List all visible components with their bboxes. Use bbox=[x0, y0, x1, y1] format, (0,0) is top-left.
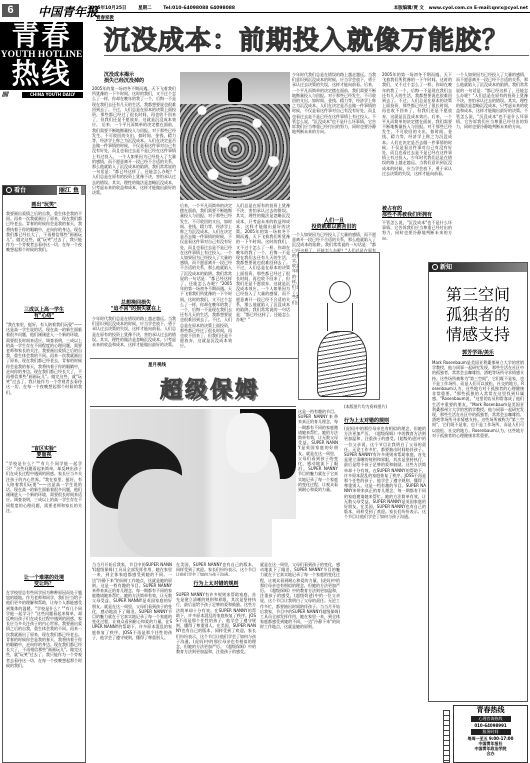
section-masthead: 青春 YOUTH HOTLINE 热线 bbox=[0, 22, 83, 90]
page-number: 6 bbox=[2, 4, 19, 17]
slash-decoration-icon: ///// bbox=[2, 92, 8, 98]
feature-section-label: 星月视线 bbox=[148, 362, 166, 368]
article-column-2: 后来，一个平凡而简单的决定摆在面前，我们需要不断地衡量投入与回报。对于那些已经发… bbox=[180, 203, 232, 353]
feature-paragraph: 这是一档有趣的节目。SUPER NANNY来带来真正的育儿理念，每一期都有不同的… bbox=[298, 409, 338, 456]
article-paragraph: 2005年的第一场初冬不期而遇。天下飞着我们所犹豫的一下午时间。这时的我们，又不… bbox=[236, 229, 290, 291]
hotline-box-side-strip bbox=[443, 710, 450, 763]
article-paragraph: 人们总是在原有的投资上犹豫不决，害怕承认过去的错误。其实，理性的做法是忽略沉没成… bbox=[92, 174, 176, 195]
bottle-cartoon-illustration bbox=[298, 252, 380, 400]
column-badge-icon bbox=[432, 264, 438, 270]
essay-4-title-line-2: 变让吗？ bbox=[3, 581, 85, 587]
sidebar-byline: 郭芳学译/美乐 bbox=[430, 350, 526, 356]
editor-info: 本版编辑/贾 文 www.cyol.com.cn E-mail:qnrx@cyo… bbox=[394, 5, 528, 11]
kantai-column-box: 看台丽江 鱼 画出"玩笑" 我要画出爱情之后的自我，重生体会我的不同。再来一次我… bbox=[2, 185, 86, 763]
article-paragraph: 后来，一个平凡而简单的决定摆在面前，我们需要不断地衡量投入与回报。对于那些已经发… bbox=[180, 203, 232, 255]
feature-title: 超级保姆 bbox=[160, 373, 260, 404]
kantai-box-label: 看台 bbox=[14, 187, 26, 194]
dateline: 2005年10月25日 星期二 Tel:010-64098088 6409808… bbox=[88, 5, 245, 11]
cartoon-face-icon bbox=[329, 281, 351, 303]
main-headline: 沉没成本：前期投入就像万能胶？ bbox=[104, 20, 509, 57]
feature-column-side: 这是一档有趣的节目。SUPER NANNY来带来真正的育儿理念，每一期都有不同的… bbox=[298, 409, 338, 557]
article-column-6: 一个人如果因为已经投入了大量的感情，而不愿意离开一段已经不合适的关系，那么他就陷… bbox=[456, 72, 528, 250]
article-paragraph: 2005年的第一场初冬不期而遇。天下飞着我们所犹豫的一下午时间。这时的我们，又不… bbox=[382, 72, 452, 119]
article-column-5b: 不管怎么说，"沉没成本"也不是什么坏事情，它告诉我们应当尊重已经付出的努力，同时… bbox=[382, 220, 452, 240]
essay-1-body: 我要画出爱情之后的自我，重生体会我的不同。再来一次我就画出了原来，现在我们都已经… bbox=[6, 211, 82, 301]
sidebar-title: 第三空间 孤独者的 情感支持 bbox=[430, 285, 526, 345]
hotline-box-title: 青春热线 bbox=[454, 706, 527, 715]
feature-column-4: (虎妈)中的那位母亲也有相似的理念，但她的方法更加严厉。《超级保姆》中的教育方法… bbox=[344, 426, 426, 763]
intro-subhead-line-2: 损失已经沉没掉的 bbox=[104, 78, 176, 84]
feature-column-2-top: 在美国，SUPER NANNY也有自己的版本，同样受到了欢迎。家长们纷纷表示，这… bbox=[176, 562, 256, 576]
sidebar-title-line-3: 情感支持 bbox=[430, 325, 526, 345]
essay-4-title: 让一个难堪的处境 变让吗？ bbox=[3, 575, 85, 587]
feature-paragraph: 就是在这一周里，父母们看到孩子的变化，感动地流下了眼泪。SUPER NANNY节… bbox=[298, 451, 338, 492]
essay-1-title: 画出"玩笑" bbox=[3, 202, 85, 208]
bottle-icon bbox=[317, 281, 367, 397]
headline-rule bbox=[104, 55, 529, 56]
article-column-1: 2005年的第一场初冬不期而遇。天下飞着我们所犹豫的一下午时间。这时的我们，又不… bbox=[92, 86, 176, 282]
editor-line: 本版编辑/贾 文 bbox=[394, 6, 424, 11]
feature-column-3: 就是在这一周里，父母们看到孩子的变化，感动地流下了眼泪。SUPER NANNY节… bbox=[260, 562, 340, 762]
section-title-bottom: 热线 bbox=[0, 60, 83, 88]
essay-paragraph: 我要画出爱情之后的自我，重生体会我的不同。再来一次我就画出了原来，现在我们都已经… bbox=[6, 348, 82, 395]
kantai-box-author: 丽江 鱼 bbox=[57, 186, 81, 195]
essay-3-body: "学校是什么？""有几个同学能一起学习？"这些问题看起来简单，却反映出孩子们在成… bbox=[6, 461, 82, 571]
issue-date: 2005年10月25日 bbox=[88, 6, 127, 11]
feature-column-2: SUPER NANNY有许多规则来帮助家庭，首先是建立清晰的规则和界限，其次是坚… bbox=[176, 592, 256, 762]
bottle-coins bbox=[317, 331, 367, 397]
cartoon-caption: (本版图片均为资料图片) bbox=[344, 404, 426, 416]
feature-subhead: 行为上太对错的规则 bbox=[176, 581, 256, 587]
hotline-label-1: 心理咨询热线 bbox=[471, 716, 511, 722]
feature-column-1: 当当月开始后我家，节目中的SUPER NANNY(超级保姆)工具员全部发挥作用，… bbox=[92, 562, 172, 762]
tagline: CHINA YOUTH DAILY bbox=[30, 92, 75, 97]
column-badge-icon bbox=[6, 187, 12, 193]
section-title-top: 青春 bbox=[0, 22, 83, 50]
contact-email: www.cyol.com.cn E-mail:qnrx@cyol.net bbox=[429, 6, 528, 11]
article-column-4: 少年时代我们总是在错误的路上越走越远。当我们意识到沉没成本的时候，应当学会放下，… bbox=[292, 72, 376, 216]
article-photo-flowers bbox=[180, 72, 290, 200]
subhead-a-line-2: 投资就难以割舍旧的 bbox=[292, 224, 376, 230]
subhead-c: 总想挽回损失 "追不回"的损失就在上 bbox=[96, 300, 176, 312]
phone-number: Tel:010-64098088 64098088 bbox=[163, 6, 235, 11]
xinzhi-box-header: 新知 bbox=[429, 263, 527, 272]
sidebar-title-line-1: 第三空间 bbox=[430, 285, 526, 305]
essay-2-body: "我在家里，挺好，有人陪着我们玩耍"——这是高一学生说的话。现在高一的新生面临着… bbox=[6, 322, 82, 442]
article-paragraph: 后来，一个平凡而简单的决定摆在面前，我们需要不断地衡量投入与回报。对于那些已经发… bbox=[292, 82, 376, 118]
subhead-a: 人们一旦 投资就难以割舍旧的 bbox=[292, 218, 376, 230]
feature-paragraph: 在美国，SUPER NANNY也有自己的版本，同样受到了欢迎。家长们纷纷表示，这… bbox=[176, 562, 256, 576]
photo-child-face bbox=[118, 469, 198, 557]
feature-title-rule bbox=[90, 406, 296, 407]
photo-hand-covering-eyes bbox=[226, 413, 270, 473]
xinzhi-box-label: 新知 bbox=[440, 264, 452, 271]
subhead-c-line-2: "追不回"的损失就在上 bbox=[96, 306, 176, 312]
hotline-label-2: 服务时间 bbox=[471, 729, 511, 735]
sidebar-body: Mark Rosenbaum是美国亚利桑那州立大学的营销学教授，他与同事一起研究… bbox=[432, 360, 524, 698]
subhead-b: 被占有的 那些不再被我们所拥有 bbox=[382, 206, 452, 218]
feature-photo-nanny-child bbox=[90, 409, 296, 557]
essay-3-title: "盲区实验" 要重视 bbox=[3, 446, 85, 458]
article-paragraph: 2005年的第一场初冬不期而遇。天下飞着我们所犹豫的一下午时间。这时的我们，又不… bbox=[180, 281, 232, 348]
intro-subhead: 沉没成本揭示 损失已经沉没掉的 bbox=[104, 72, 176, 84]
essay-2-title: 三成以上高一学生 有"心结" bbox=[3, 307, 85, 319]
sidebar-title-line-2: 孤独者的 bbox=[430, 305, 526, 325]
tagline-bar: /////CHINA YOUTH DAILY bbox=[0, 92, 83, 98]
hotline-info-box: 青春热线 心理咨询热线 010-64098991 服务时间 每周一至五 9:00… bbox=[453, 705, 528, 763]
essay-paragraph: "我在家里，挺好，有人陪着我们玩耍"——这是高一学生说的话。现在高一的新生面临着… bbox=[6, 477, 82, 513]
article-paragraph: 后来，一个平凡而简单的决定摆在面前，我们需要不断地衡量投入与回报。对于那些已经发… bbox=[382, 114, 452, 161]
article-paragraph: 不管怎么说，"沉没成本"也不是什么坏事情，它告诉我们应当尊重已经付出的努力，同时… bbox=[382, 220, 452, 240]
essay-2-title-line-2: 有"心结" bbox=[3, 313, 85, 319]
article-column-3: 人们总是在原有的投资上犹豫不决，害怕承认过去的错误。其实，理性的做法是忽略沉没成… bbox=[236, 203, 290, 353]
hotline-org-3: 合办 bbox=[454, 751, 527, 756]
photo-person-silhouette bbox=[228, 78, 242, 102]
article-paragraph: 一个人如果因为已经投入了大量的感情，而不愿意离开一段已经不合适的关系，那么他就陷… bbox=[236, 286, 290, 322]
photo-shirt-collar bbox=[272, 519, 296, 557]
feature-paragraph: 就是在这一周里，父母们看到孩子的变化，感动地流下了眼泪。SUPER NANNY节… bbox=[92, 604, 172, 625]
subhead-b-line-2: 那些不再被我们所拥有 bbox=[382, 212, 452, 218]
issue-weekday: 星期二 bbox=[138, 6, 152, 11]
essay-paragraph: 我要画出爱情之后的自我，重生体会我的不同。再来一次我就画出了原来，现在我们都已经… bbox=[6, 621, 82, 668]
top-rule bbox=[88, 12, 530, 13]
lower-subhead: 行为上太对错的规则 bbox=[344, 418, 426, 424]
hotline-phone: 010-64098991 bbox=[454, 723, 527, 728]
bottle-neck bbox=[327, 303, 353, 331]
essay-3-title-line-2: 要重视 bbox=[3, 452, 85, 458]
kantai-box-header: 看台丽江 鱼 bbox=[3, 186, 85, 195]
article-column-1-tail: 少年时代我们总是在错误的路上越走越远。当我们意识到沉没成本的时候，应当学会放下，… bbox=[92, 316, 176, 356]
essay-4-body: 在学校里总有些同学因为种种原因而处于尴尬的境地。作为老师和同学，我们应当给予他们… bbox=[6, 590, 82, 740]
